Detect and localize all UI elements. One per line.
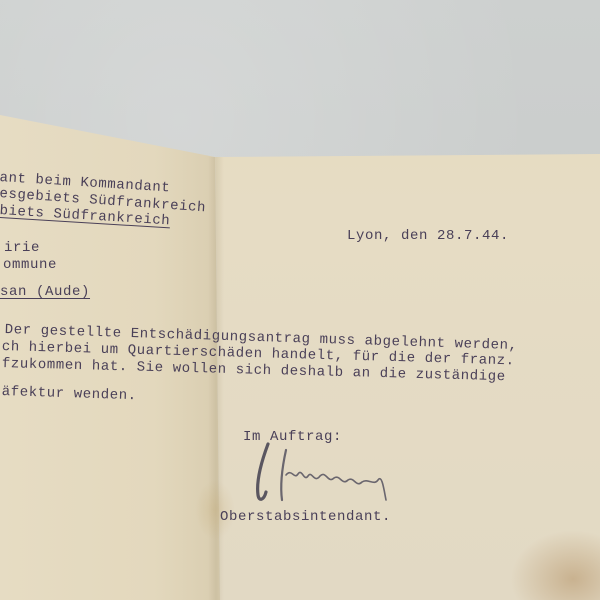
handwritten-signature [250,440,400,510]
signatory-title: Oberstabsintendant. [220,509,391,525]
recipient-line-3: san (Aude) [0,284,90,300]
recipient-line-2: ommune [3,257,57,273]
paper-stain [510,530,600,600]
recipient-line-1: irie [4,240,40,256]
place-date: Lyon, den 28.7.44. [347,228,509,244]
